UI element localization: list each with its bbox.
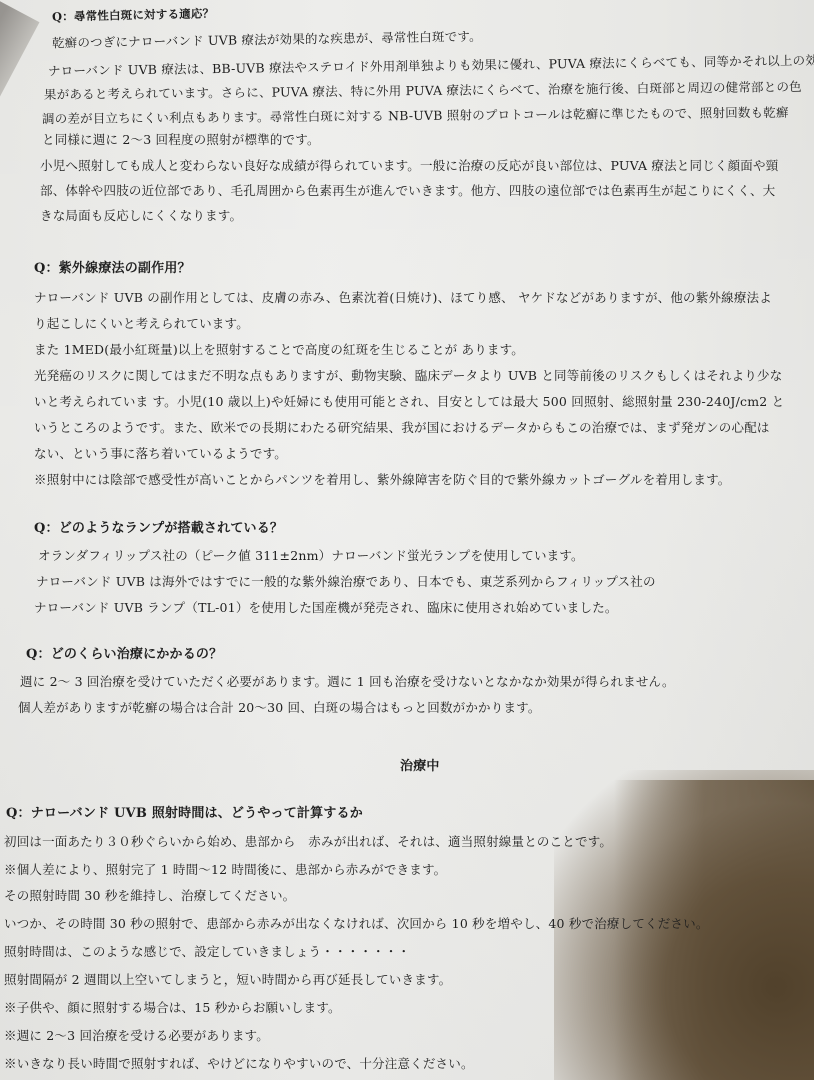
section-2-line: り起こしにくいと考えられています。	[34, 318, 249, 331]
document-content: Q：尋常性白斑に対する適応？ 乾癬のつぎにナローバンド UVB 療法が効果的な疾…	[0, 0, 814, 1080]
final-section-line: ※週に 2～3 回治療を受ける必要があります。	[4, 1030, 269, 1043]
section-2-line: いと考えられていま す。小児(10 歳以上)や妊婦にも使用可能とされ、目安として…	[34, 396, 784, 409]
section-1-line: きな局面も反応しにくくなります。	[40, 210, 242, 223]
section-4-question: Q：どのくらい治療にかかるの？	[26, 648, 222, 661]
section-3-line: ナローバンド UVB ランプ（TL-01）を使用した国産機が発売され、臨床に使用…	[34, 602, 618, 615]
final-section-line: 照射時間は、このような感じで、設定していきましょう・・・・・・・	[4, 946, 410, 959]
section-1-line: 果があると考えられています。さらに、PUVA 療法、特に外用 PUVA 療法にく…	[44, 81, 802, 101]
final-section-line: 初回は一面あたり３０秒ぐらいから始め、患部から 赤みが出れば、それは、適当照射線…	[4, 836, 612, 849]
section-4-line: 週に 2～ 3 回治療を受けていただく必要があります。週に 1 回も治療を受けな…	[20, 676, 675, 689]
final-section-line: 照射間隔が 2 週間以上空いてしまうと，短い時間から再び延長していきます。	[4, 974, 451, 987]
section-1-question: Q：尋常性白斑に対する適応？	[52, 8, 215, 23]
section-2-line: 光発癌のリスクに関してはまだ不明な点もありますが、動物実験、臨床データより UV…	[34, 370, 782, 383]
section-1-line: と同様に週に 2～3 回程度の照射が標準的です。	[42, 134, 320, 147]
final-section-line: ※いきなり長い時間で照射すれば、やけどになりやすいので、十分注意ください。	[4, 1058, 474, 1071]
section-2-line: ※照射中には陰部で感受性が高いことからパンツを着用し、紫外線障害を防ぐ目的で紫外…	[34, 474, 731, 487]
final-section-line: いつか、その時間 30 秒の照射で、患部から赤みが出なくなければ、次回から 10…	[4, 918, 709, 931]
final-section-line: ※子供や、顔に照射する場合は、15 秒からお願いします。	[4, 1002, 341, 1015]
section-1-line: ナローバンド UVB 療法は、BB-UVB 療法やステロイド外用剤単独よりも効果…	[48, 55, 814, 78]
section-2-line: ナローバンド UVB の副作用としては、皮膚の赤み、色素沈着(日焼け)、ほてり感…	[34, 292, 772, 305]
center-heading: 治療中	[400, 760, 440, 773]
section-1-line: 小児へ照射しても成人と変わらない良好な成績が得られています。一般に治療の反応が良…	[40, 160, 778, 173]
section-1-line: 調の差が目立ちにくい利点もあります。尋常性白斑に対する NB-UVB 照射のプロ…	[42, 107, 789, 126]
section-2-line: また 1MED(最小紅斑量)以上を照射することで高度の紅斑を生じることが ありま…	[34, 344, 524, 357]
section-4-line: 個人差がありますが乾癬の場合は合計 20～30 回、白斑の場合はもっと回数がかか…	[18, 702, 541, 715]
section-1-line: 部、体幹や四肢の近位部であり、毛孔周囲から色素再生が進んでいきます。他方、四肢の…	[40, 185, 775, 198]
section-3-line: オランダフィリップス社の（ピーク値 311±2nm）ナローバンド蛍光ランプを使用…	[38, 550, 584, 563]
section-2-question: Q：紫外線療法の副作用？	[34, 262, 191, 275]
final-section-line: その照射時間 30 秒を維持し、治療してください。	[4, 890, 295, 903]
section-2-line: ない、という事に落ち着いているようです。	[34, 448, 287, 461]
final-section-question: Q：ナローバンド UVB 照射時間は、どうやって計算するか	[6, 807, 363, 820]
section-3-line: ナローバンド UVB は海外ではすでに一般的な紫外線治療であり、日本でも、東芝系…	[36, 576, 656, 589]
section-1-line: 乾癬のつぎにナローバンド UVB 療法が効果的な疾患が、尋常性白斑です。	[52, 31, 482, 50]
section-2-line: いうところのようです。また、欧米での長期にわたる研究結果、我が国におけるデータか…	[34, 422, 770, 435]
final-section-line: ※個人差により、照射完了 1 時間～12 時間後に、患部から赤みができます。	[4, 864, 446, 877]
section-3-question: Q：どのようなランプが搭載されている？	[34, 522, 283, 535]
